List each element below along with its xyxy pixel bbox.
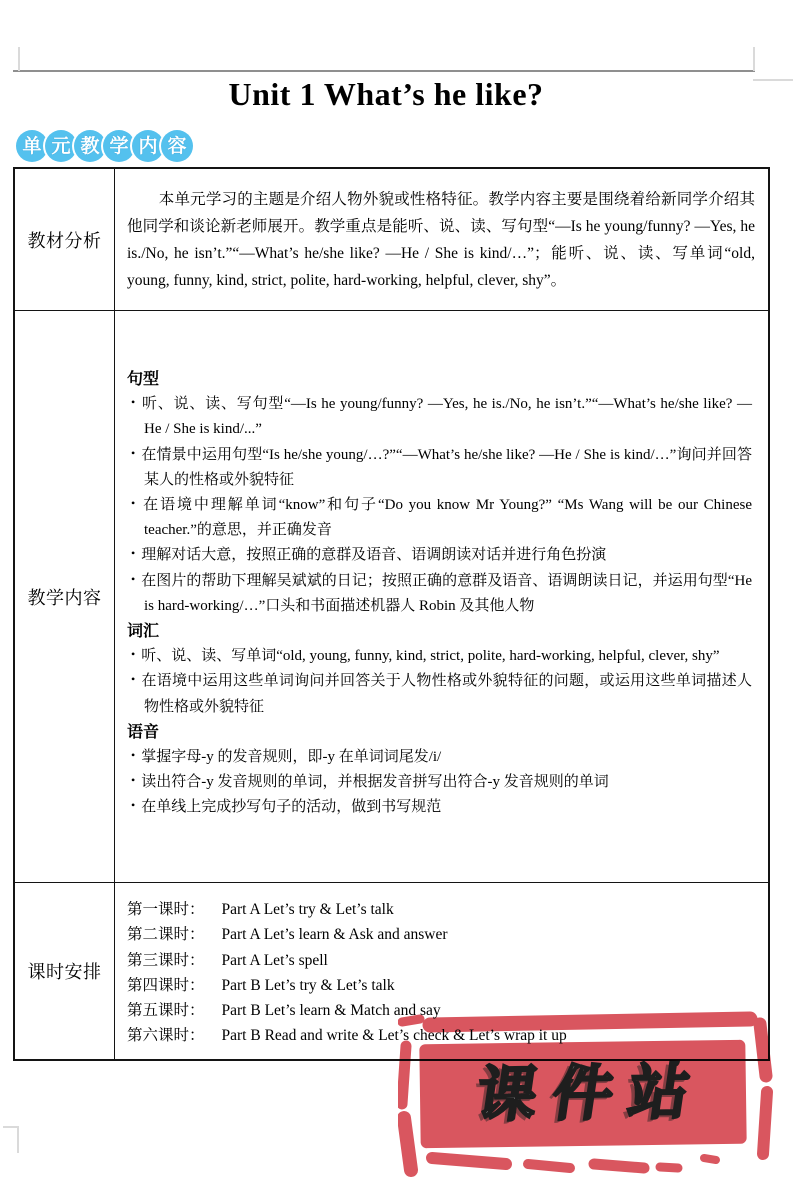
content-bullet: 在语境中理解单词“know”和句子“Do you know Mr Young?”…: [127, 493, 752, 543]
content-bullet: 在语境中运用这些单词询问并回答关于人物性格或外貌特征的问题，或运用这些单词描述人…: [127, 669, 752, 719]
section-heading-phonics: 语音: [127, 720, 752, 745]
cell-textbook-analysis: 本单元学习的主题是介绍人物外貌或性格特征。教学内容主要是围绕着给新同学介绍其他同…: [115, 169, 768, 311]
section-heading-vocabulary: 词汇: [127, 619, 752, 644]
schedule-line: 第四课时：Part B Let’s try & Let’s talk: [127, 973, 758, 998]
text-boundary-mark-bottom-left-v: [17, 1126, 19, 1153]
row-label-textbook-analysis: 教材分析: [15, 169, 115, 311]
schedule-period: 第二课时：: [127, 926, 205, 943]
schedule-content: Part B Let’s try & Let’s talk: [222, 977, 395, 994]
badge-char: 容: [161, 130, 193, 162]
content-bullet: 掌握字母-y 的发音规则，即-y 在单词词尾发/i/: [127, 745, 752, 770]
schedule-period: 第三课时：: [127, 952, 205, 969]
content-bullet: 读出符合-y 发音规则的单词，并根据发音拼写出符合-y 发音规则的单词: [127, 770, 752, 795]
badge-char: 学: [103, 130, 135, 162]
content-bullet: 听、说、读、写单词“old, young, funny, kind, stric…: [127, 644, 752, 669]
schedule-content: Part A Let’s try & Let’s talk: [222, 901, 394, 918]
schedule-period: 第四课时：: [127, 977, 205, 994]
watermark-stamp: 课件站: [398, 1010, 790, 1188]
badge-char: 教: [74, 130, 106, 162]
content-bullet: 在单线上完成抄写句子的活动，做到书写规范: [127, 795, 752, 820]
section-heading-badges: 单 元 教 学 内 容: [16, 130, 190, 162]
schedule-line: 第二课时：Part A Let’s learn & Ask and answer: [127, 922, 758, 947]
unit-overview-table: 教材分析 本单元学习的主题是介绍人物外貌或性格特征。教学内容主要是围绕着给新同学…: [13, 167, 770, 1061]
row-label-lesson-schedule: 课时安排: [15, 883, 115, 1059]
text-boundary-mark-bottom-left-h: [3, 1126, 18, 1128]
schedule-line: 第一课时：Part A Let’s try & Let’s talk: [127, 897, 758, 922]
page-title: Unit 1 What’s he like?: [0, 76, 772, 113]
schedule-period: 第一课时：: [127, 901, 205, 918]
schedule-line: 第三课时：Part A Let’s spell: [127, 948, 758, 973]
schedule-period: 第五课时：: [127, 1002, 205, 1019]
badge-char: 内: [132, 130, 164, 162]
schedule-content: Part A Let’s spell: [222, 952, 328, 969]
content-bullet: 理解对话大意，按照正确的意群及语音、语调朗读对话并进行角色扮演: [127, 543, 752, 568]
stamp-body: 课件站: [419, 1040, 746, 1149]
analysis-paragraph: 本单元学习的主题是介绍人物外貌或性格特征。教学内容主要是围绕着给新同学介绍其他同…: [127, 186, 755, 294]
section-heading-sentence-patterns: 句型: [127, 367, 752, 392]
text-boundary-mark-top-right: [753, 47, 755, 71]
content-bullet: 在情景中运用句型“Is he/she young/…?”“—What’s he/…: [127, 443, 752, 493]
badge-char: 单: [16, 130, 48, 162]
text-boundary-mark-top-left: [18, 47, 20, 71]
badge-char: 元: [45, 130, 77, 162]
content-bullet: 听、说、读、写句型“—Is he young/funny? —Yes, he i…: [127, 392, 752, 442]
schedule-period: 第六课时：: [127, 1027, 205, 1044]
cell-teaching-content: 句型 听、说、读、写句型“—Is he young/funny? —Yes, h…: [115, 311, 768, 883]
stamp-text: 课件站: [457, 1062, 710, 1126]
row-label-teaching-content: 教学内容: [15, 311, 115, 883]
content-bullet: 在图片的帮助下理解吴斌斌的日记；按照正确的意群及语音、语调朗读日记，并运用句型“…: [127, 569, 752, 619]
schedule-content: Part A Let’s learn & Ask and answer: [222, 926, 448, 943]
header-rule: [13, 70, 755, 72]
